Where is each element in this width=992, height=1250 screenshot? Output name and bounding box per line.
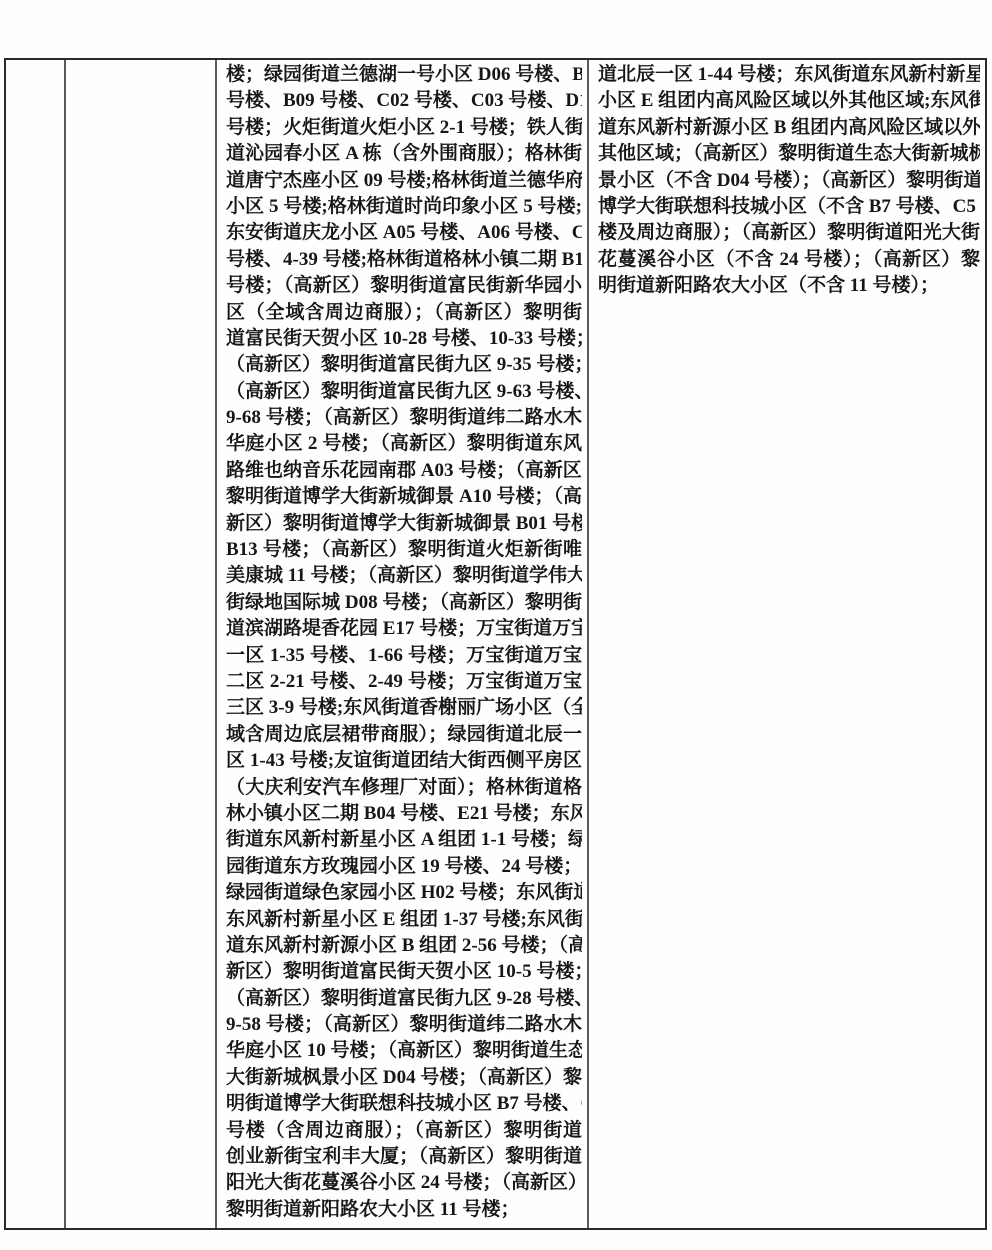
text-line: 道东风新村新源小区 B 组团内高风险区域以外 bbox=[598, 115, 980, 141]
text-line: 景小区（不含 D04 号楼）；（高新区）黎明街道 bbox=[598, 168, 980, 194]
text-line: 区 1-43 号楼;友谊街道团结大街西侧平房区 bbox=[226, 748, 582, 774]
text-line: 二区 2-21 号楼、2-49 号楼；万宝街道万宝 bbox=[226, 669, 582, 695]
text-line: 园街道东方玫瑰园小区 19 号楼、24 号楼； bbox=[226, 854, 582, 880]
text-line: 号楼、B09 号楼、C02 号楼、C03 号楼、D12 bbox=[226, 88, 582, 114]
text-line: 道滨湖路堤香花园 E17 号楼；万宝街道万宝 bbox=[226, 616, 582, 642]
text-line: 区（全域含周边商服）；（高新区）黎明街 bbox=[226, 300, 582, 326]
text-line: 号楼；（高新区）黎明街道富民街新华园小 bbox=[226, 273, 582, 299]
text-line: 楼及周边商服）；（高新区）黎明街道阳光大街 bbox=[598, 220, 980, 246]
text-line: 9-58 号楼；（高新区）黎明街道纬二路水木 bbox=[226, 1012, 582, 1038]
text-line: 阳光大街花蔓溪谷小区 24 号楼；（高新区） bbox=[226, 1170, 582, 1196]
text-line: 美康城 11 号楼；（高新区）黎明街道学伟大 bbox=[226, 563, 582, 589]
text-line: 9-68 号楼；（高新区）黎明街道纬二路水木 bbox=[226, 405, 582, 431]
text-line: 东风新村新星小区 E 组团 1-37 号楼;东风街 bbox=[226, 907, 582, 933]
text-line: 黎明街道新阳路农大小区 11 号楼； bbox=[226, 1197, 582, 1223]
text-line: 大街新城枫景小区 D04 号楼；（高新区）黎 bbox=[226, 1065, 582, 1091]
text-line: 东安街道庆龙小区 A05 号楼、A06 号楼、C04 bbox=[226, 220, 582, 246]
text-line: 号楼；火炬街道火炬小区 2-1 号楼；铁人街 bbox=[226, 115, 582, 141]
text-line: 林小镇小区二期 B04 号楼、E21 号楼；东风 bbox=[226, 801, 582, 827]
text-line: 新区）黎明街道富民街天贺小区 10-5 号楼； bbox=[226, 959, 582, 985]
table-cell-empty-1 bbox=[6, 60, 66, 1228]
text-line: （高新区）黎明街道富民街九区 9-28 号楼、 bbox=[226, 986, 582, 1012]
text-line: B13 号楼；（高新区）黎明街道火炬新街唯 bbox=[226, 537, 582, 563]
table-cell-area-list-left: 楼；绿园街道兰德湖一号小区 D06 号楼、B06号楼、B09 号楼、C02 号楼… bbox=[217, 60, 589, 1228]
text-line: 新区）黎明街道博学大街新城御景 B01 号楼、 bbox=[226, 511, 582, 537]
table-cell-area-list-right: 道北辰一区 1-44 号楼；东风街道东风新村新星小区 E 组团内高风险区域以外其… bbox=[589, 60, 985, 1228]
risk-area-table: 楼；绿园街道兰德湖一号小区 D06 号楼、B06号楼、B09 号楼、C02 号楼… bbox=[4, 58, 987, 1230]
text-line: 明街道新阳路农大小区（不含 11 号楼）； bbox=[598, 273, 980, 299]
text-line: 号楼（含周边商服）；（高新区）黎明街道 bbox=[226, 1118, 582, 1144]
text-line: （高新区）黎明街道富民街九区 9-35 号楼； bbox=[226, 352, 582, 378]
text-line: 小区 5 号楼;格林街道时尚印象小区 5 号楼; bbox=[226, 194, 582, 220]
text-line: 楼；绿园街道兰德湖一号小区 D06 号楼、B06 bbox=[226, 62, 582, 88]
text-line: 黎明街道博学大街新城御景 A10 号楼；（高 bbox=[226, 484, 582, 510]
table-cell-empty-2 bbox=[66, 60, 217, 1228]
document-page: 楼；绿园街道兰德湖一号小区 D06 号楼、B06号楼、B09 号楼、C02 号楼… bbox=[0, 0, 992, 1250]
text-line: 博学大街联想科技城小区（不含 B7 号楼、C5 号 bbox=[598, 194, 980, 220]
text-line: 道东风新村新源小区 B 组团 2-56 号楼；（高 bbox=[226, 933, 582, 959]
text-line: 号楼、4-39 号楼;格林街道格林小镇二期 B14 bbox=[226, 247, 582, 273]
text-line: 路维也纳音乐花园南郡 A03 号楼；（高新区） bbox=[226, 458, 582, 484]
text-line: 道富民街天贺小区 10-28 号楼、10-33 号楼； bbox=[226, 326, 582, 352]
text-line: 三区 3-9 号楼;东风街道香榭丽广场小区（全 bbox=[226, 695, 582, 721]
text-line: （大庆利安汽车修理厂对面）；格林街道格 bbox=[226, 775, 582, 801]
text-line: 街道东风新村新星小区 A 组团 1-1 号楼；绿 bbox=[226, 827, 582, 853]
text-line: 明街道博学大街联想科技城小区 B7 号楼、C5 bbox=[226, 1091, 582, 1117]
text-line: 街绿地国际城 D08 号楼；（高新区）黎明街 bbox=[226, 590, 582, 616]
text-line: 道沁园春小区 A 栋（含外围商服）；格林街 bbox=[226, 141, 582, 167]
text-line: 其他区域；（高新区）黎明街道生态大街新城枫 bbox=[598, 141, 980, 167]
text-line: 华庭小区 2 号楼；（高新区）黎明街道东风 bbox=[226, 431, 582, 457]
text-line: 华庭小区 10 号楼；（高新区）黎明街道生态 bbox=[226, 1038, 582, 1064]
text-line: 道北辰一区 1-44 号楼；东风街道东风新村新星 bbox=[598, 62, 980, 88]
text-line: （高新区）黎明街道富民街九区 9-63 号楼、 bbox=[226, 379, 582, 405]
text-line: 绿园街道绿色家园小区 H02 号楼；东风街道 bbox=[226, 880, 582, 906]
text-line: 小区 E 组团内高风险区域以外其他区域;东风街 bbox=[598, 88, 980, 114]
text-line: 创业新街宝利丰大厦；（高新区）黎明街道 bbox=[226, 1144, 582, 1170]
text-line: 域含周边底层裙带商服）；绿园街道北辰一 bbox=[226, 722, 582, 748]
text-line: 花蔓溪谷小区（不含 24 号楼）；（高新区）黎 bbox=[598, 247, 980, 273]
text-line: 道唐宁杰座小区 09 号楼;格林街道兰德华府 bbox=[226, 168, 582, 194]
text-line: 一区 1-35 号楼、1-66 号楼；万宝街道万宝 bbox=[226, 643, 582, 669]
